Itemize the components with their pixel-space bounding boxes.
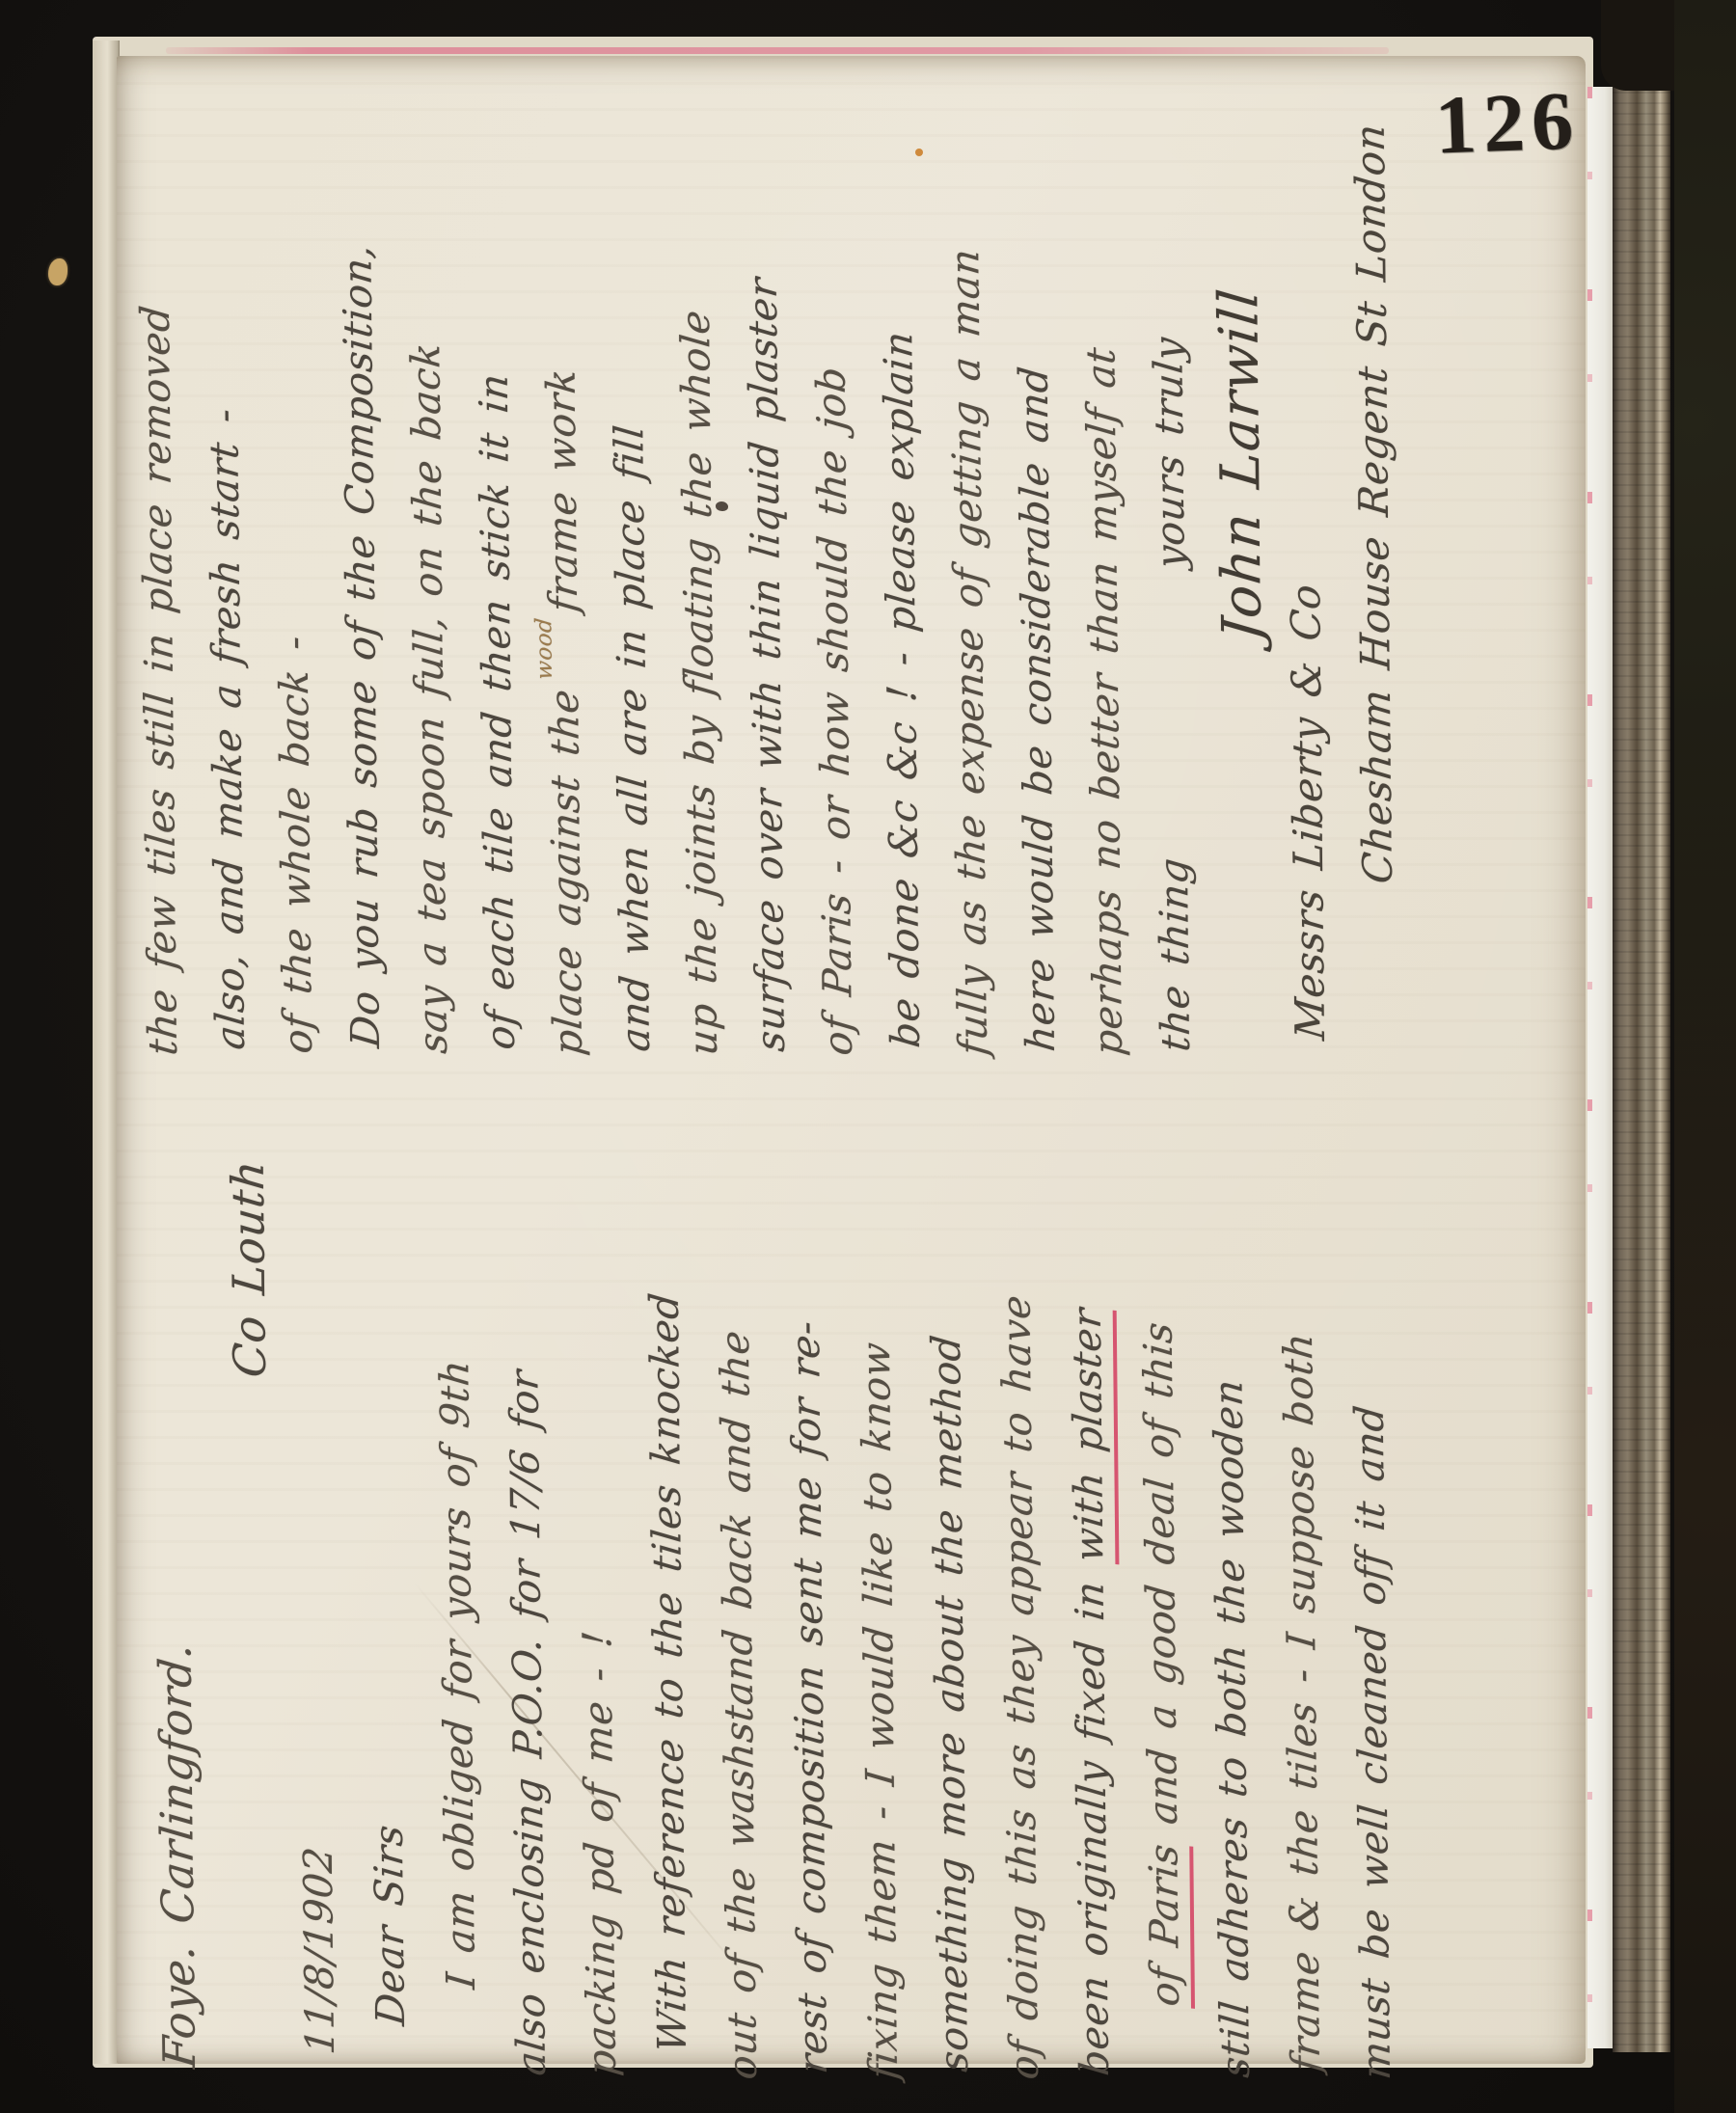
handwritten-line: the few tiles still in place removed	[119, 77, 197, 1059]
handwritten-line: been originally fixed in with plaster	[1049, 1035, 1130, 2078]
handwritten-line: fully as the expense of getting a man	[929, 77, 1007, 1059]
inserted-word-wood: wood	[531, 616, 557, 681]
handwritten-line: With reference to the tiles knocked	[627, 1035, 708, 2055]
red-underline: of Paris	[1140, 1842, 1195, 2009]
red-underline: with plaster	[1064, 1306, 1120, 1564]
handwritten-line: also enclosing P.O.O. for 17/6 for	[486, 1035, 567, 2078]
paper-speck	[48, 258, 68, 285]
handwritten-line: of doing this as they appear to have	[979, 1035, 1060, 2082]
handwritten-line: and when all are in place fill	[591, 77, 669, 1055]
handwritten-line: Co Louth	[211, 1036, 285, 1380]
handwritten-line: of Paris and a good deal of this	[1121, 1035, 1201, 2009]
handwritten-line: here would be considerable and	[996, 77, 1074, 1055]
handwritten-line: place against thewoodframe work	[524, 77, 602, 1059]
handwritten-line: must be well cleaned off it and	[1331, 1035, 1412, 2082]
handwritten-line: up the joints by floating the whole	[659, 77, 737, 1059]
handwritten-line: rest of composition sent me for re-	[768, 1035, 849, 2076]
handwritten-line: say a tea spoon full, on the back	[389, 77, 467, 1057]
handwritten-line: 11/8/1902	[275, 1035, 356, 2057]
handwritten-line: Foye. Carlingford.	[134, 1035, 215, 2071]
handwritten-line: packing pd of me - !	[556, 1035, 637, 2078]
page-stack-edge	[1613, 81, 1670, 2052]
handwritten-line: Do you rub some of the Composition,	[322, 77, 399, 1051]
handwritten-line: fixing them - I would like to know	[838, 1035, 919, 2082]
handwritten-line: the thingyours truly	[1131, 77, 1209, 1055]
handwritten-line: John Larwill	[1204, 77, 1277, 643]
handwritten-line: of the whole back -	[254, 77, 332, 1057]
handwritten-line: I am obliged for yours of 9th	[417, 1036, 497, 1992]
handwritten-line: Dear Sirs	[345, 1035, 426, 2028]
handwritten-line: frame & the tiles - I suppose both	[1261, 1035, 1342, 2074]
handwritten-line: Messrs Liberty & Co	[1267, 77, 1344, 1043]
scan-background: { "page_number": "126", "colors": { "pap…	[0, 0, 1736, 2113]
handwriting-block-first-half: Foye. Carlingford.Co Louth11/8/1902Dear …	[145, 1040, 1412, 2081]
handwritten-line: still adheres to both the wooden	[1190, 1035, 1271, 2080]
handwritten-line: of each tile and then stick it in	[456, 77, 534, 1053]
handwriting-block-second-half: the few tiles still in place removedalso…	[129, 81, 1412, 1055]
handwritten-line: of Paris - or how should the job	[794, 77, 872, 1059]
page-number-stamp: 126	[1434, 78, 1582, 166]
gutter-page-sliver	[93, 41, 120, 2064]
handwritten-line: surface over with thin liquid plaster	[726, 77, 804, 1055]
handwritten-line: out of the washstand back and the	[697, 1035, 778, 2082]
handwritten-line: be done &c &c ! - please explain	[862, 77, 939, 1051]
pink-edge-line-top	[166, 47, 1389, 54]
handwritten-line: something more about the method	[909, 1035, 990, 2074]
fore-edge-pink-flecks	[1587, 87, 1592, 2048]
handwritten-line: also, and make a fresh start -	[186, 77, 264, 1053]
handwritten-line: Chesham House Regent St London	[1336, 77, 1412, 886]
book-cover-edge	[1674, 0, 1736, 2113]
handwritten-line: perhaps no better than myself at	[1064, 77, 1142, 1059]
